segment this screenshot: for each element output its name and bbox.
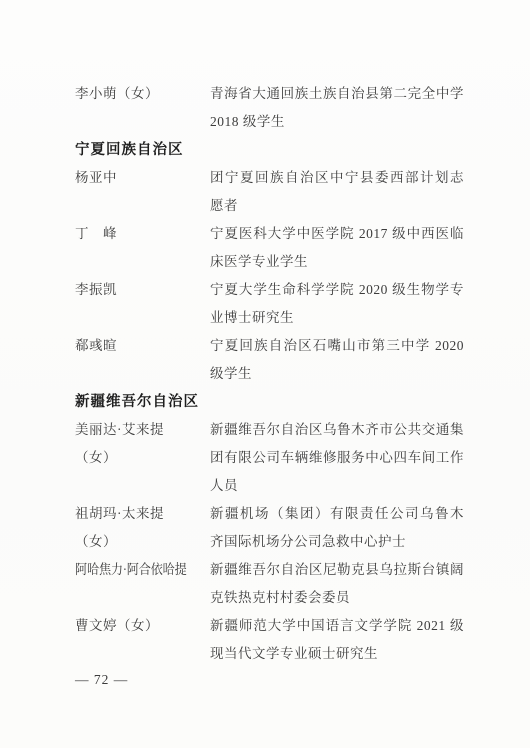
person-name-line: 李小萌（女） xyxy=(75,80,210,108)
person-description-line: 新疆维吾尔自治区乌鲁木齐市公共交通集 xyxy=(210,416,464,444)
section-header: 宁夏回族自治区 xyxy=(75,136,464,164)
person-name-column: 杨亚中 xyxy=(75,164,210,192)
person-description-line: 齐国际机场分公司急救中心护士 xyxy=(210,528,464,556)
person-name-column: 阿哈焦力·阿合依哈提 xyxy=(75,556,210,584)
section-header: 新疆维吾尔自治区 xyxy=(75,388,464,416)
person-description-column: 新疆师范大学中国语言文学学院 2021 级现当代文学专业硕士研究生 xyxy=(210,612,464,668)
person-entry: 阿哈焦力·阿合依哈提新疆维吾尔自治区尼勒克县乌拉斯台镇阔克铁热克村村委会委员 xyxy=(75,556,464,612)
person-description-line: 2018 级学生 xyxy=(210,108,464,136)
person-description-line: 新疆机场（集团）有限责任公司乌鲁木 xyxy=(210,500,464,528)
person-description-line: 愿者 xyxy=(210,192,464,220)
person-description-line: 业博士研究生 xyxy=(210,304,464,332)
page-footer: — 72 — xyxy=(75,666,464,694)
person-description-line: 人员 xyxy=(210,472,464,500)
person-name-line: 美丽达·艾来提 xyxy=(75,416,210,444)
person-name-column: 美丽达·艾来提（女） xyxy=(75,416,210,472)
person-name-line: 丁 峰 xyxy=(75,220,210,248)
person-description-column: 新疆机场（集团）有限责任公司乌鲁木齐国际机场分公司急救中心护士 xyxy=(210,500,464,556)
person-name-line: 李振凯 xyxy=(75,276,210,304)
person-name-column: 祖胡玛·太来提（女） xyxy=(75,500,210,556)
person-name-line: 祖胡玛·太来提 xyxy=(75,500,210,528)
person-description-column: 宁夏回族自治区石嘴山市第三中学 2020级学生 xyxy=(210,332,464,388)
person-entry: 美丽达·艾来提（女）新疆维吾尔自治区乌鲁木齐市公共交通集团有限公司车辆维修服务中… xyxy=(75,416,464,500)
person-description-column: 新疆维吾尔自治区尼勒克县乌拉斯台镇阔克铁热克村村委会委员 xyxy=(210,556,464,612)
person-name-column: 曹文婷（女） xyxy=(75,612,210,640)
person-description-column: 宁夏医科大学中医学院 2017 级中西医临床医学专业学生 xyxy=(210,220,464,276)
person-name-column: 李振凯 xyxy=(75,276,210,304)
person-name-column: 李小萌（女） xyxy=(75,80,210,108)
person-entry: 郗彧暄宁夏回族自治区石嘴山市第三中学 2020级学生 xyxy=(75,332,464,388)
person-description-line: 青海省大通回族土族自治县第二完全中学 xyxy=(210,80,464,108)
person-name-line: （女） xyxy=(75,528,210,556)
person-name-line: （女） xyxy=(75,444,210,472)
person-description-column: 团宁夏回族自治区中宁县委西部计划志愿者 xyxy=(210,164,464,220)
person-description-line: 新疆维吾尔自治区尼勒克县乌拉斯台镇阔 xyxy=(210,556,464,584)
person-entry: 曹文婷（女）新疆师范大学中国语言文学学院 2021 级现当代文学专业硕士研究生 xyxy=(75,612,464,668)
document-page: 李小萌（女）青海省大通回族土族自治县第二完全中学2018 级学生宁夏回族自治区杨… xyxy=(0,0,530,748)
person-description-line: 新疆师范大学中国语言文学学院 2021 级 xyxy=(210,612,464,640)
person-name-column: 丁 峰 xyxy=(75,220,210,248)
person-description-line: 团有限公司车辆维修服务中心四车间工作 xyxy=(210,444,464,472)
person-description-column: 宁夏大学生命科学学院 2020 级生物学专业博士研究生 xyxy=(210,276,464,332)
person-entry: 李小萌（女）青海省大通回族土族自治县第二完全中学2018 级学生 xyxy=(75,80,464,136)
person-description-line: 克铁热克村村委会委员 xyxy=(210,584,464,612)
person-name-line: 杨亚中 xyxy=(75,164,210,192)
person-entry: 丁 峰宁夏医科大学中医学院 2017 级中西医临床医学专业学生 xyxy=(75,220,464,276)
person-entry: 李振凯宁夏大学生命科学学院 2020 级生物学专业博士研究生 xyxy=(75,276,464,332)
person-name-column: 郗彧暄 xyxy=(75,332,210,360)
person-description-line: 床医学专业学生 xyxy=(210,248,464,276)
person-description-line: 宁夏医科大学中医学院 2017 级中西医临 xyxy=(210,220,464,248)
person-description-line: 现当代文学专业硕士研究生 xyxy=(210,640,464,668)
person-entry: 杨亚中团宁夏回族自治区中宁县委西部计划志愿者 xyxy=(75,164,464,220)
person-description-line: 级学生 xyxy=(210,360,464,388)
person-description-column: 新疆维吾尔自治区乌鲁木齐市公共交通集团有限公司车辆维修服务中心四车间工作人员 xyxy=(210,416,464,500)
person-description-line: 团宁夏回族自治区中宁县委西部计划志 xyxy=(210,164,464,192)
page-number: — 72 — xyxy=(75,666,464,694)
person-description-column: 青海省大通回族土族自治县第二完全中学2018 级学生 xyxy=(210,80,464,136)
document-body: 李小萌（女）青海省大通回族土族自治县第二完全中学2018 级学生宁夏回族自治区杨… xyxy=(75,80,464,668)
person-name-line: 阿哈焦力·阿合依哈提 xyxy=(75,556,197,584)
person-name-line: 曹文婷（女） xyxy=(75,612,210,640)
person-entry: 祖胡玛·太来提（女）新疆机场（集团）有限责任公司乌鲁木齐国际机场分公司急救中心护… xyxy=(75,500,464,556)
person-description-line: 宁夏回族自治区石嘴山市第三中学 2020 xyxy=(210,332,464,360)
person-description-line: 宁夏大学生命科学学院 2020 级生物学专 xyxy=(210,276,464,304)
person-name-line: 郗彧暄 xyxy=(75,332,210,360)
